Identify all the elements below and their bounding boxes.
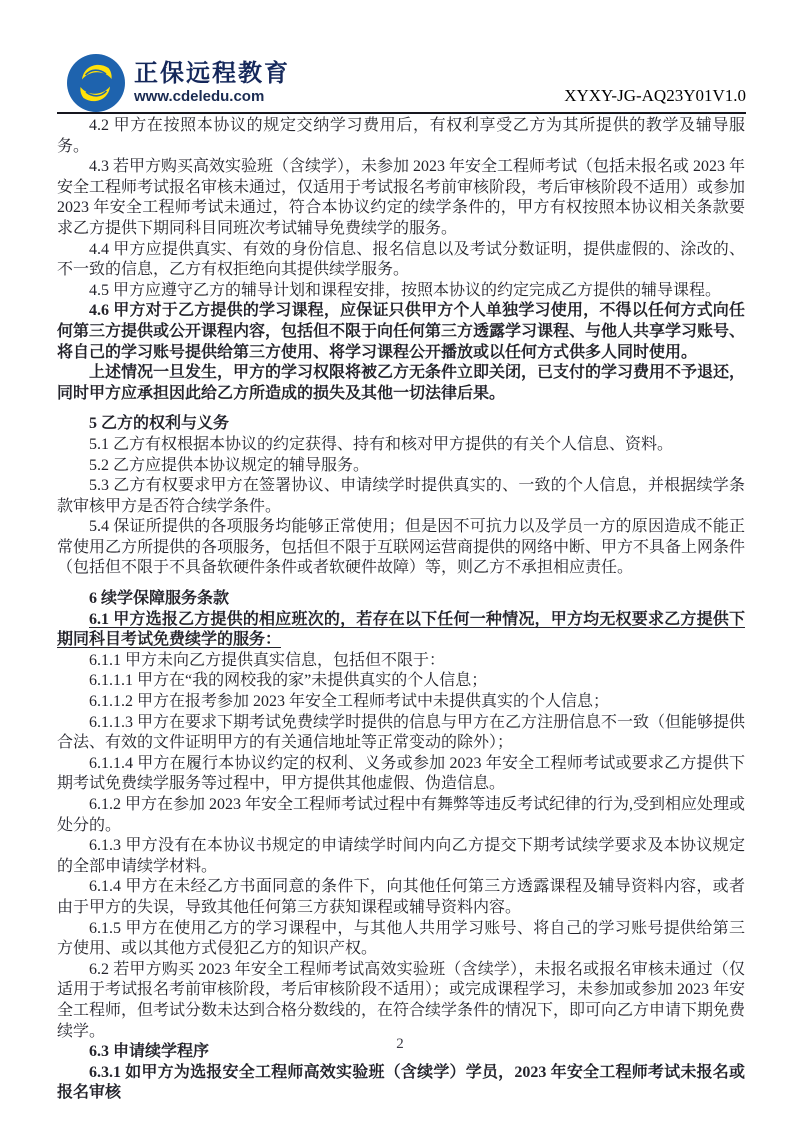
section-heading: 5 乙方的权利与义务 <box>57 414 745 435</box>
paragraph: 4.2 甲方在按照本协议的规定交纳学习费用后，有权利享受乙方为其所提供的教学及辅… <box>57 116 745 157</box>
paragraph: 上述情况一旦发生，甲方的学习权限将被乙方无条件立即关闭，已支付的学习费用不予退还… <box>57 363 745 404</box>
paragraph: 6.1.2 甲方在参加 2023 年安全工程师考试过程中有舞弊等违反考试纪律的行… <box>57 795 745 836</box>
paragraph: 6.1 甲方选报乙方提供的相应班次的，若存在以下任何一种情况，甲方均无权要求乙方… <box>57 610 745 651</box>
paragraph: 4.6 甲方对于乙方提供的学习课程，应保证只供甲方个人单独学习使用，不得以任何方… <box>57 301 745 363</box>
paragraph: 4.4 甲方应提供真实、有效的身份信息、报名信息以及考试分数证明，提供虚假的、涂… <box>57 240 745 281</box>
paragraph: 5.1 乙方有权根据本协议的约定获得、持有和核对甲方提供的有关个人信息、资料。 <box>57 435 745 456</box>
paragraph: 6.2 若甲方购买 2023 年安全工程师考试高效实验班（含续学），未报名或报名… <box>57 960 745 1042</box>
paragraph: 6.1.1.1 甲方在“我的网校我的家”未提供真实的个人信息； <box>57 671 745 692</box>
paragraph: 5.2 乙方应提供本协议规定的辅导服务。 <box>57 456 745 477</box>
paragraph: 6.1.1.3 甲方在要求下期考试免费续学时提供的信息与甲方在乙方注册信息不一致… <box>57 713 745 754</box>
zhengbao-logo-icon <box>67 54 125 112</box>
brand-url: www.cdeledu.com <box>134 88 290 106</box>
page-footer: 2 <box>0 1036 800 1053</box>
paragraph: 4.5 甲方应遵守乙方的辅导计划和课程安排，按照本协议的约定完成乙方提供的辅导课… <box>57 281 745 302</box>
paragraph: 6.1.1.2 甲方在报考参加 2023 年安全工程师考试中未提供真实的个人信息… <box>57 692 745 713</box>
paragraph: 6.1.1 甲方未向乙方提供真实信息，包括但不限于： <box>57 651 745 672</box>
paragraph: 6.1.3 甲方没有在本协议书规定的申请续学时间内向乙方提交下期考试续学要求及本… <box>57 836 745 877</box>
section-heading: 6 续学保障服务条款 <box>57 589 745 610</box>
document-page: 正保远程教育 www.cdeledu.com XYXY-JG-AQ23Y01V1… <box>0 0 800 1134</box>
paragraph: 6.1.5 甲方在使用乙方的学习课程中，与其他人共用学习账号、将自己的学习账号提… <box>57 919 745 960</box>
paragraph: 6.1.4 甲方在未经乙方书面同意的条件下，向其他任何第三方透露课程及辅导资料内… <box>57 877 745 918</box>
brand-name: 正保远程教育 <box>134 60 290 88</box>
page-header: 正保远程教育 www.cdeledu.com XYXY-JG-AQ23Y01V1… <box>57 0 746 114</box>
document-body: 4.2 甲方在按照本协议的规定交纳学习费用后，有权利享受乙方为其所提供的教学及辅… <box>57 116 745 1104</box>
paragraph: 6.3.1 如甲方为选报安全工程师高效实验班（含续学）学员，2023 年安全工程… <box>57 1063 745 1104</box>
page-number: 2 <box>396 1036 404 1052</box>
paragraph: 6.1.1.4 甲方在履行本协议约定的权利、义务或参加 2023 年安全工程师考… <box>57 754 745 795</box>
document-code: XYXY-JG-AQ23Y01V1.0 <box>564 86 746 106</box>
paragraph: 5.3 乙方有权要求甲方在签署协议、申请续学时提供真实的、一致的个人信息，并根据… <box>57 476 745 517</box>
brand-text: 正保远程教育 www.cdeledu.com <box>134 60 290 106</box>
brand-block: 正保远程教育 www.cdeledu.com <box>67 54 290 112</box>
paragraph: 4.3 若甲方购买高效实验班（含续学），未参加 2023 年安全工程师考试（包括… <box>57 157 745 239</box>
paragraph: 5.4 保证所提供的各项服务均能够正常使用；但是因不可抗力以及学员一方的原因造成… <box>57 517 745 579</box>
